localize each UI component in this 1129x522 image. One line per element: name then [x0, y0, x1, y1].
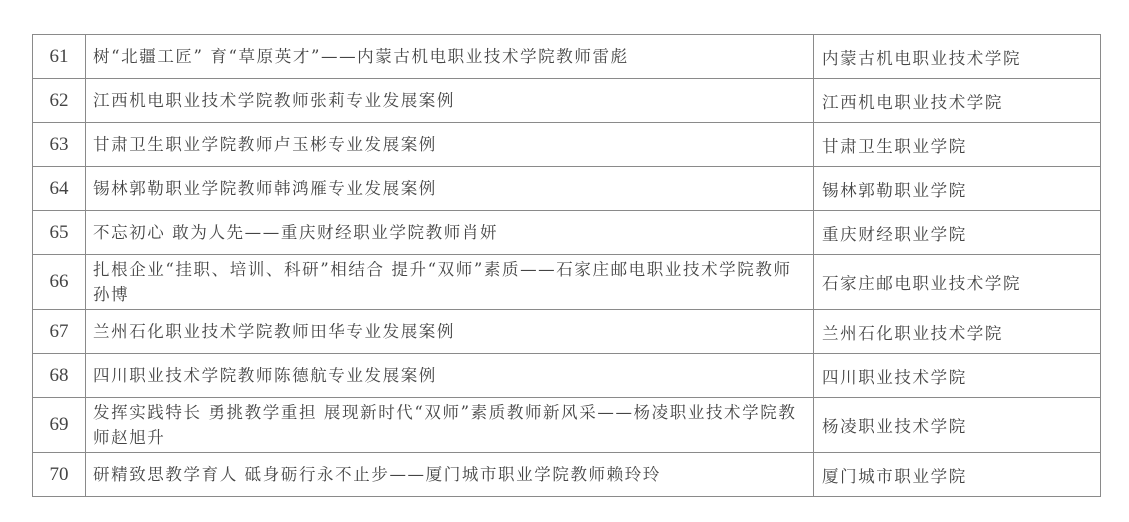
- case-title: 研精致思教学育人 砥身砺行永不止步——厦门城市职业学院教师赖玲玲: [86, 453, 814, 497]
- row-number: 69: [33, 398, 86, 453]
- institution-name: 石家庄邮电职业技术学院: [814, 255, 1101, 310]
- case-title: 发挥实践特长 勇挑教学重担 展现新时代“双师”素质教师新风采——杨凌职业技术学院…: [86, 398, 814, 453]
- institution-name: 杨凌职业技术学院: [814, 398, 1101, 453]
- table-row: 64 锡林郭勒职业学院教师韩鸿雁专业发展案例 锡林郭勒职业学院: [33, 167, 1101, 211]
- institution-name: 甘肃卫生职业学院: [814, 123, 1101, 167]
- table-row: 67 兰州石化职业技术学院教师田华专业发展案例 兰州石化职业技术学院: [33, 310, 1101, 354]
- table-row: 70 研精致思教学育人 砥身砺行永不止步——厦门城市职业学院教师赖玲玲 厦门城市…: [33, 453, 1101, 497]
- row-number: 64: [33, 167, 86, 211]
- case-title: 扎根企业“挂职、培训、科研”相结合 提升“双师”素质——石家庄邮电职业技术学院教…: [86, 255, 814, 310]
- institution-name: 重庆财经职业学院: [814, 211, 1101, 255]
- institution-name: 锡林郭勒职业学院: [814, 167, 1101, 211]
- case-title: 甘肃卫生职业学院教师卢玉彬专业发展案例: [86, 123, 814, 167]
- table-row: 66 扎根企业“挂职、培训、科研”相结合 提升“双师”素质——石家庄邮电职业技术…: [33, 255, 1101, 310]
- row-number: 68: [33, 354, 86, 398]
- table-row: 68 四川职业技术学院教师陈德航专业发展案例 四川职业技术学院: [33, 354, 1101, 398]
- row-number: 62: [33, 79, 86, 123]
- institution-name: 兰州石化职业技术学院: [814, 310, 1101, 354]
- case-title: 不忘初心 敢为人先——重庆财经职业学院教师肖妍: [86, 211, 814, 255]
- row-number: 63: [33, 123, 86, 167]
- row-number: 65: [33, 211, 86, 255]
- institution-name: 厦门城市职业学院: [814, 453, 1101, 497]
- row-number: 61: [33, 35, 86, 79]
- case-title: 四川职业技术学院教师陈德航专业发展案例: [86, 354, 814, 398]
- table-row: 63 甘肃卫生职业学院教师卢玉彬专业发展案例 甘肃卫生职业学院: [33, 123, 1101, 167]
- table-row: 62 江西机电职业技术学院教师张莉专业发展案例 江西机电职业技术学院: [33, 79, 1101, 123]
- institution-name: 内蒙古机电职业技术学院: [814, 35, 1101, 79]
- row-number: 67: [33, 310, 86, 354]
- case-list-table: 61 树“北疆工匠” 育“草原英才”——内蒙古机电职业技术学院教师雷彪 内蒙古机…: [32, 34, 1101, 497]
- table-row: 61 树“北疆工匠” 育“草原英才”——内蒙古机电职业技术学院教师雷彪 内蒙古机…: [33, 35, 1101, 79]
- case-title: 树“北疆工匠” 育“草原英才”——内蒙古机电职业技术学院教师雷彪: [86, 35, 814, 79]
- institution-name: 江西机电职业技术学院: [814, 79, 1101, 123]
- case-title: 兰州石化职业技术学院教师田华专业发展案例: [86, 310, 814, 354]
- row-number: 66: [33, 255, 86, 310]
- case-title: 江西机电职业技术学院教师张莉专业发展案例: [86, 79, 814, 123]
- table-row: 65 不忘初心 敢为人先——重庆财经职业学院教师肖妍 重庆财经职业学院: [33, 211, 1101, 255]
- row-number: 70: [33, 453, 86, 497]
- institution-name: 四川职业技术学院: [814, 354, 1101, 398]
- case-title: 锡林郭勒职业学院教师韩鸿雁专业发展案例: [86, 167, 814, 211]
- table-row: 69 发挥实践特长 勇挑教学重担 展现新时代“双师”素质教师新风采——杨凌职业技…: [33, 398, 1101, 453]
